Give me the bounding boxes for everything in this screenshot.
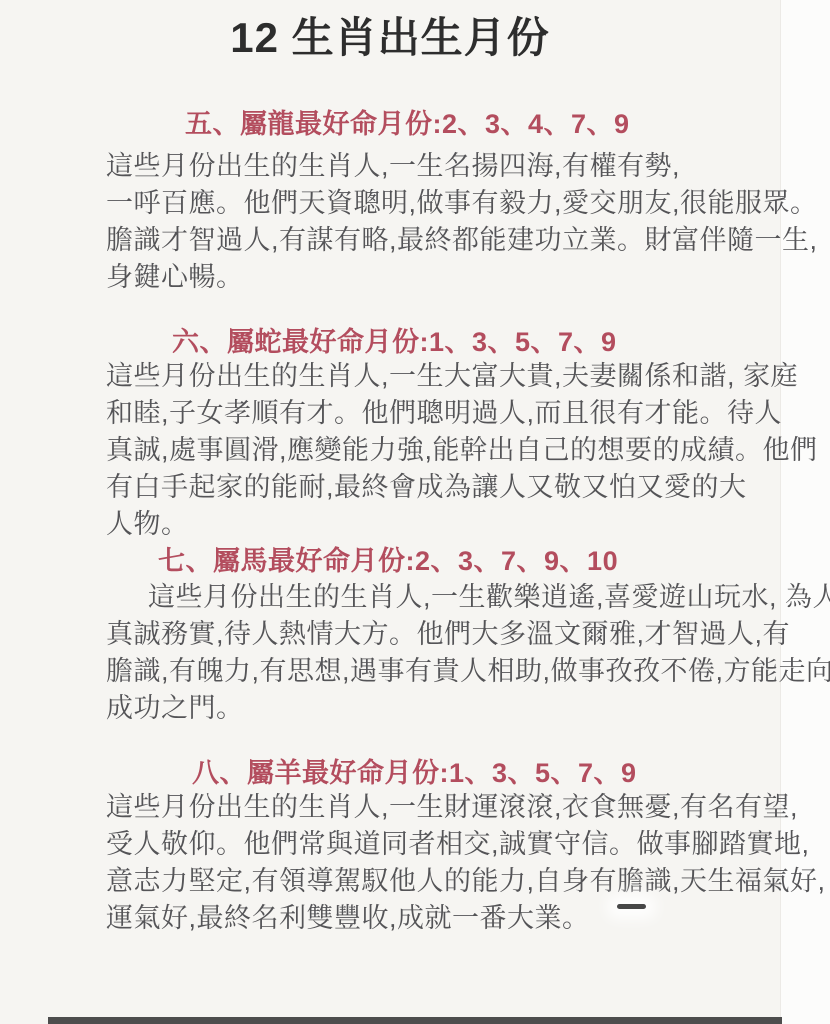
section-body-horse: 這些月份出生的生肖人,一生歡樂逍遙,喜愛遊山玩水, 為人 真誠務實,待人熱情大方…: [106, 579, 780, 727]
section-dragon: 五、屬龍最好命月份:2、3、4、7、9 這些月份出生的生肖人,一生名揚四海,有權…: [0, 108, 780, 296]
section-heading-goat: 八、屬羊最好命月份:1、3、5、7、9: [192, 757, 780, 789]
text-line: 受人敬仰。他們常與道同者相交,誠實守信。做事腳踏實地,: [106, 826, 780, 863]
section-heading-dragon: 五、屬龍最好命月份:2、3、4、7、9: [185, 108, 780, 140]
text-line: 真誠,處事圓滑,應變能力強,能幹出自己的想要的成績。他們: [106, 432, 780, 469]
text-line: 人物。: [106, 506, 780, 543]
section-body-goat: 這些月份出生的生肖人,一生財運滾滾,衣食無憂,有名有望, 受人敬仰。他們常與道同…: [106, 789, 780, 937]
text-line: 這些月份出生的生肖人,一生名揚四海,有權有勢,: [106, 148, 780, 185]
section-snake: 六、屬蛇最好命月份:1、3、5、7、9 這些月份出生的生肖人,一生大富大貴,夫妻…: [0, 326, 780, 543]
section-body-dragon: 這些月份出生的生肖人,一生名揚四海,有權有勢, 一呼百應。他們天資聰明,做事有毅…: [106, 148, 780, 296]
text-line: 膽識,有魄力,有思想,遇事有貴人相助,做事孜孜不倦,方能走向: [106, 653, 780, 690]
text-line: 和睦,子女孝順有才。他們聰明過人,而且很有才能。待人: [106, 395, 780, 432]
page: 12 生肖出生月份 五、屬龍最好命月份:2、3、4、7、9 這些月份出生的生肖人…: [0, 0, 830, 1024]
text-line: 真誠務實,待人熱情大方。他們大多溫文爾雅,才智過人,有: [106, 616, 780, 653]
bottom-edge-bar: [48, 1017, 782, 1024]
text-line: 膽識才智過人,有謀有略,最終都能建功立業。財富伴隨一生,: [106, 222, 780, 259]
page-title: 12 生肖出生月份: [0, 0, 780, 64]
section-goat: 八、屬羊最好命月份:1、3、5、7、9 這些月份出生的生肖人,一生財運滾滾,衣食…: [0, 757, 780, 937]
text-line: 身鍵心暢。: [106, 259, 780, 296]
text-line: 意志力堅定,有領導駕馭他人的能力,自身有膽識,天生福氣好,: [106, 863, 780, 900]
text-line: 有白手起家的能耐,最終會成為讓人又敬又怕又愛的大: [106, 469, 780, 506]
text-line: 這些月份出生的生肖人,一生大富大貴,夫妻關係和諧, 家庭: [106, 358, 780, 395]
section-horse: 七、屬馬最好命月份:2、3、7、9、10 這些月份出生的生肖人,一生歡樂逍遙,喜…: [0, 545, 780, 727]
dash-mark-artifact: [617, 904, 646, 909]
article-content: 12 生肖出生月份 五、屬龍最好命月份:2、3、4、7、9 這些月份出生的生肖人…: [0, 0, 780, 937]
text-line: 一呼百應。他們天資聰明,做事有毅力,愛交朋友,很能服眾。: [106, 185, 780, 222]
section-heading-snake: 六、屬蛇最好命月份:1、3、5、7、9: [172, 326, 780, 358]
section-body-snake: 這些月份出生的生肖人,一生大富大貴,夫妻關係和諧, 家庭 和睦,子女孝順有才。他…: [106, 358, 780, 543]
text-line: 運氣好,最終名利雙豐收,成就一番大業。: [106, 900, 780, 937]
text-line: 成功之門。: [106, 690, 780, 727]
section-heading-horse: 七、屬馬最好命月份:2、3、7、9、10: [158, 545, 780, 577]
text-line: 這些月份出生的生肖人,一生歡樂逍遙,喜愛遊山玩水, 為人: [106, 579, 780, 616]
text-line: 這些月份出生的生肖人,一生財運滾滾,衣食無憂,有名有望,: [106, 789, 780, 826]
